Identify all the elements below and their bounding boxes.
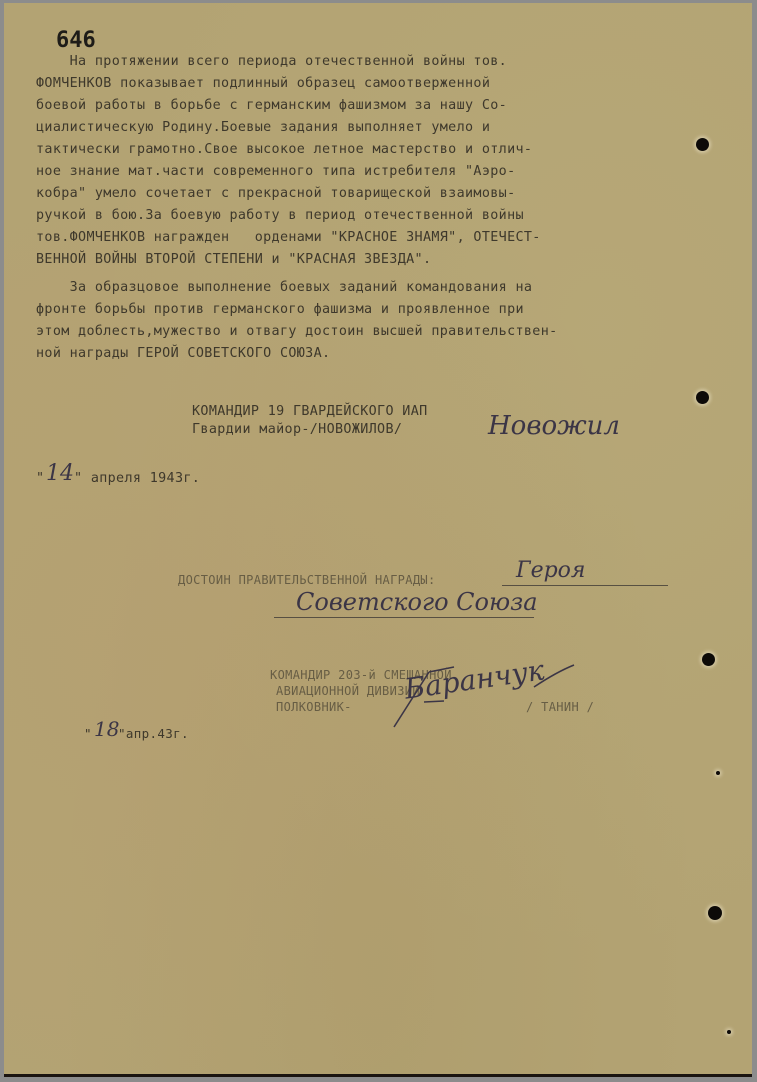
award-handwritten-1: Героя bbox=[516, 558, 585, 583]
text-line: тов.ФОМЧЕНКОВ награжден орденами "КРАСНО… bbox=[36, 227, 541, 249]
text-line: За образцовое выполнение боевых заданий … bbox=[36, 277, 532, 299]
date-2-open-quote: " bbox=[84, 723, 92, 745]
text-line: боевой работы в борьбе с германским фаши… bbox=[36, 95, 507, 117]
punch-hole-icon bbox=[716, 771, 720, 775]
commander-signature: Новожил bbox=[488, 411, 620, 441]
text-line: ной награды ГЕРОЙ СОВЕТСКОГО СОЮЗА. bbox=[36, 343, 330, 365]
punch-hole-icon bbox=[708, 906, 722, 920]
text-line: ВЕННОЙ ВОЙНЫ ВТОРОЙ СТЕПЕНИ и "КРАСНАЯ З… bbox=[36, 249, 431, 271]
commander-rank-name: Гвардии майор-/НОВОЖИЛОВ/ bbox=[192, 421, 402, 439]
document-page: 646 На протяжении всего периода отечеств… bbox=[4, 3, 752, 1074]
text-line: ное знание мат.части современного типа и… bbox=[36, 161, 515, 183]
date-rest: " апреля 1943г. bbox=[74, 468, 200, 490]
date-open-quote: " bbox=[36, 468, 44, 490]
punch-hole-icon bbox=[702, 653, 715, 666]
punch-hole-icon bbox=[727, 1030, 731, 1034]
text-line: фронте борьбы против германского фашизма… bbox=[36, 299, 524, 321]
date-2-day-handwritten: 18 bbox=[94, 717, 119, 741]
award-handwritten-2: Советского Союза bbox=[296, 588, 538, 616]
text-line: ручкой в бою.За боевую работу в период о… bbox=[36, 205, 524, 227]
text-line: На протяжении всего периода отечественно… bbox=[36, 51, 507, 73]
punch-hole-icon bbox=[696, 138, 709, 151]
signature-stroke-icon bbox=[384, 657, 584, 737]
division-rank: ПОЛКОВНИК- bbox=[276, 699, 352, 715]
text-line: циалистическую Родину.Боевые задания вып… bbox=[36, 117, 490, 139]
text-line: тактически грамотно.Свое высокое летное … bbox=[36, 139, 532, 161]
text-line: ФОМЧЕНКОВ показывает подлинный образец с… bbox=[36, 73, 490, 95]
award-underline-2 bbox=[274, 617, 534, 618]
text-line: кобра" умело сочетает с прекрасной товар… bbox=[36, 183, 515, 205]
punch-hole-icon bbox=[696, 391, 709, 404]
page-number: 646 bbox=[56, 28, 96, 53]
date-day-handwritten: 14 bbox=[46, 461, 74, 486]
commander-title: КОМАНДИР 19 ГВАРДЕЙСКОГО ИАП bbox=[192, 403, 428, 421]
date-2-rest: "апр.43г. bbox=[118, 723, 189, 745]
text-line: этом доблесть,мужество и отвагу достоин … bbox=[36, 321, 558, 343]
award-underline-1 bbox=[502, 585, 668, 586]
